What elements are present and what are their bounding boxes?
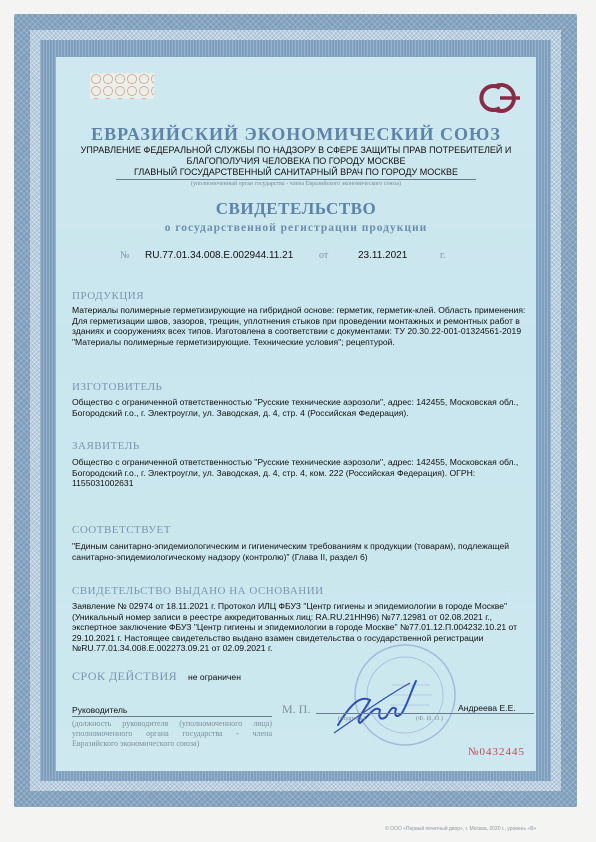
complies-text: "Единым санитарно-эпидемиологическим и г… xyxy=(72,541,537,562)
signatory-name: Андреева Е.Е. xyxy=(458,703,538,714)
signature-caption: (подпись) xyxy=(338,715,365,722)
authority-line-3: ГЛАВНЫЙ ГОСУДАРСТВЕННЫЙ САНИТАРНЫЙ ВРАЧ … xyxy=(56,167,536,178)
applicant-text: Общество с ограниченной ответственностью… xyxy=(72,457,537,489)
certificate-date: 23.11.2021 xyxy=(358,250,407,261)
basis-text: Заявление № 02974 от 18.11.2021 г. Прото… xyxy=(72,601,537,654)
certificate-number: RU.77.01.34.008.Е.002944.11.21 xyxy=(145,250,293,261)
product-heading: ПРОДУКЦИЯ xyxy=(72,290,144,302)
union-title: ЕВРАЗИЙСКИЙ ЭКОНОМИЧЕСКИЙ СОЮЗ xyxy=(56,124,536,145)
authority-line-1: УПРАВЛЕНИЕ ФЕДЕРАЛЬНОЙ СЛУЖБЫ ПО НАДЗОРУ… xyxy=(56,145,536,156)
number-label: № xyxy=(120,250,130,261)
form-serial-number: №0432445 xyxy=(468,746,525,758)
signature-underline xyxy=(316,713,472,714)
position-title: Руководитель xyxy=(72,705,222,716)
complies-heading: СООТВЕТСТВУЕТ xyxy=(72,524,171,536)
certificate-title: СВИДЕТЕЛЬСТВО xyxy=(56,199,536,219)
printer-note: © ООО «Первый печатный двор», г. Москва,… xyxy=(385,826,536,832)
basis-heading: СВИДЕТЕЛЬСТВО ВЫДАНО НА ОСНОВАНИИ xyxy=(72,585,324,597)
hologram-icon xyxy=(90,73,154,99)
authority-note: (уполномоченный орган государства - член… xyxy=(56,181,536,187)
manufacturer-heading: ИЗГОТОВИТЕЛЬ xyxy=(72,381,162,393)
name-underline xyxy=(455,713,534,714)
product-text: Материалы полимерные герметизирующие на … xyxy=(72,305,537,347)
year-suffix: г. xyxy=(440,250,445,261)
date-label: от xyxy=(319,250,328,261)
handwritten-signature-icon xyxy=(330,675,420,735)
validity-value: не ограничен xyxy=(188,672,308,683)
authority-line-2: БЛАГОПОЛУЧИЯ ЧЕЛОВЕКА ПО ГОРОДУ МОСКВЕ xyxy=(56,156,536,167)
name-caption: (Ф. И. О.) xyxy=(416,715,443,722)
manufacturer-text: Общество с ограниченной ответственностью… xyxy=(72,397,537,418)
applicant-heading: ЗАЯВИТЕЛЬ xyxy=(72,440,140,452)
stamp-place-label: М. П. xyxy=(282,702,310,717)
certificate-subtitle: о государственной регистрации продукции xyxy=(56,222,536,234)
authority-underline xyxy=(116,179,476,180)
eaeu-sanitary-logo-icon xyxy=(470,80,530,116)
validity-heading: СРОК ДЕЙСТВИЯ xyxy=(72,669,177,684)
position-underline xyxy=(72,716,272,717)
position-caption: (должность руководителя (уполномоченного… xyxy=(72,719,272,749)
issuing-authority: УПРАВЛЕНИЕ ФЕДЕРАЛЬНОЙ СЛУЖБЫ ПО НАДЗОРУ… xyxy=(56,145,536,178)
